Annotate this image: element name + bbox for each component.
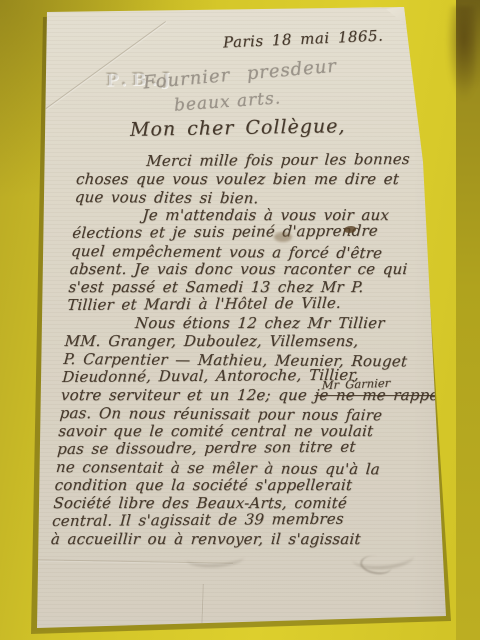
dateline: Paris 18 mai 1865. [223,27,384,52]
pencil-annotation-line2: beaux arts. [173,88,281,115]
letter-line: Tillier et Mardi à l'Hôtel de Ville. [67,293,428,314]
salutation: Mon cher Collègue, [130,115,346,141]
ink-showthrough-mark [186,548,245,568]
letter-line: choses que vous voulez bien me dire et [75,170,436,188]
letter-line: que vous dites si bien. [74,188,435,209]
letter-body: Merci mille fois pour les bonneschoses q… [50,152,438,548]
letter-paper: P.B.J Paris 18 mai 1865. Fournier presde… [0,0,480,640]
letter-line: quel empêchement vous a forcé d'être [70,242,431,263]
letter-line: Nous étions 12 chez Mr Tillier [134,314,426,332]
letter-line: pas se dissoudre, perdre son titre et [57,437,418,458]
interline-insertion: Mr Garnier [321,374,390,394]
pencil-annotation-line1: Fournier presdeur [142,56,337,94]
letter-line: ne consentait à se mêler à nous qu'à la [55,458,416,479]
letter-line: Merci mille fois pour les bonnes [146,150,438,170]
fold-crease-vertical [201,584,204,630]
letter-line: condition que la société s'appellerait [54,476,415,494]
letter-line: pas. On nous réunissait pour nous faire [59,404,420,425]
letter-line: à accueillir ou à renvoyer, il s'agissai… [50,530,411,548]
letter-line: élections et je suis peiné d'apprendre [72,221,433,242]
letter-line: central. Il s'agissait de 39 membres [52,509,413,530]
letter-line: MM. Granger, Duboulez, Villemsens, [64,332,425,350]
letter-line: absent. Je vais donc vous raconter ce qu… [69,260,430,278]
letter-line: votre serviteur et un 12e; que je ne me … [60,386,421,404]
background-right-smudge [446,6,476,101]
fold-crease-diagonal [46,21,166,109]
photo-canvas: P.B.J Paris 18 mai 1865. Fournier presde… [0,0,480,640]
